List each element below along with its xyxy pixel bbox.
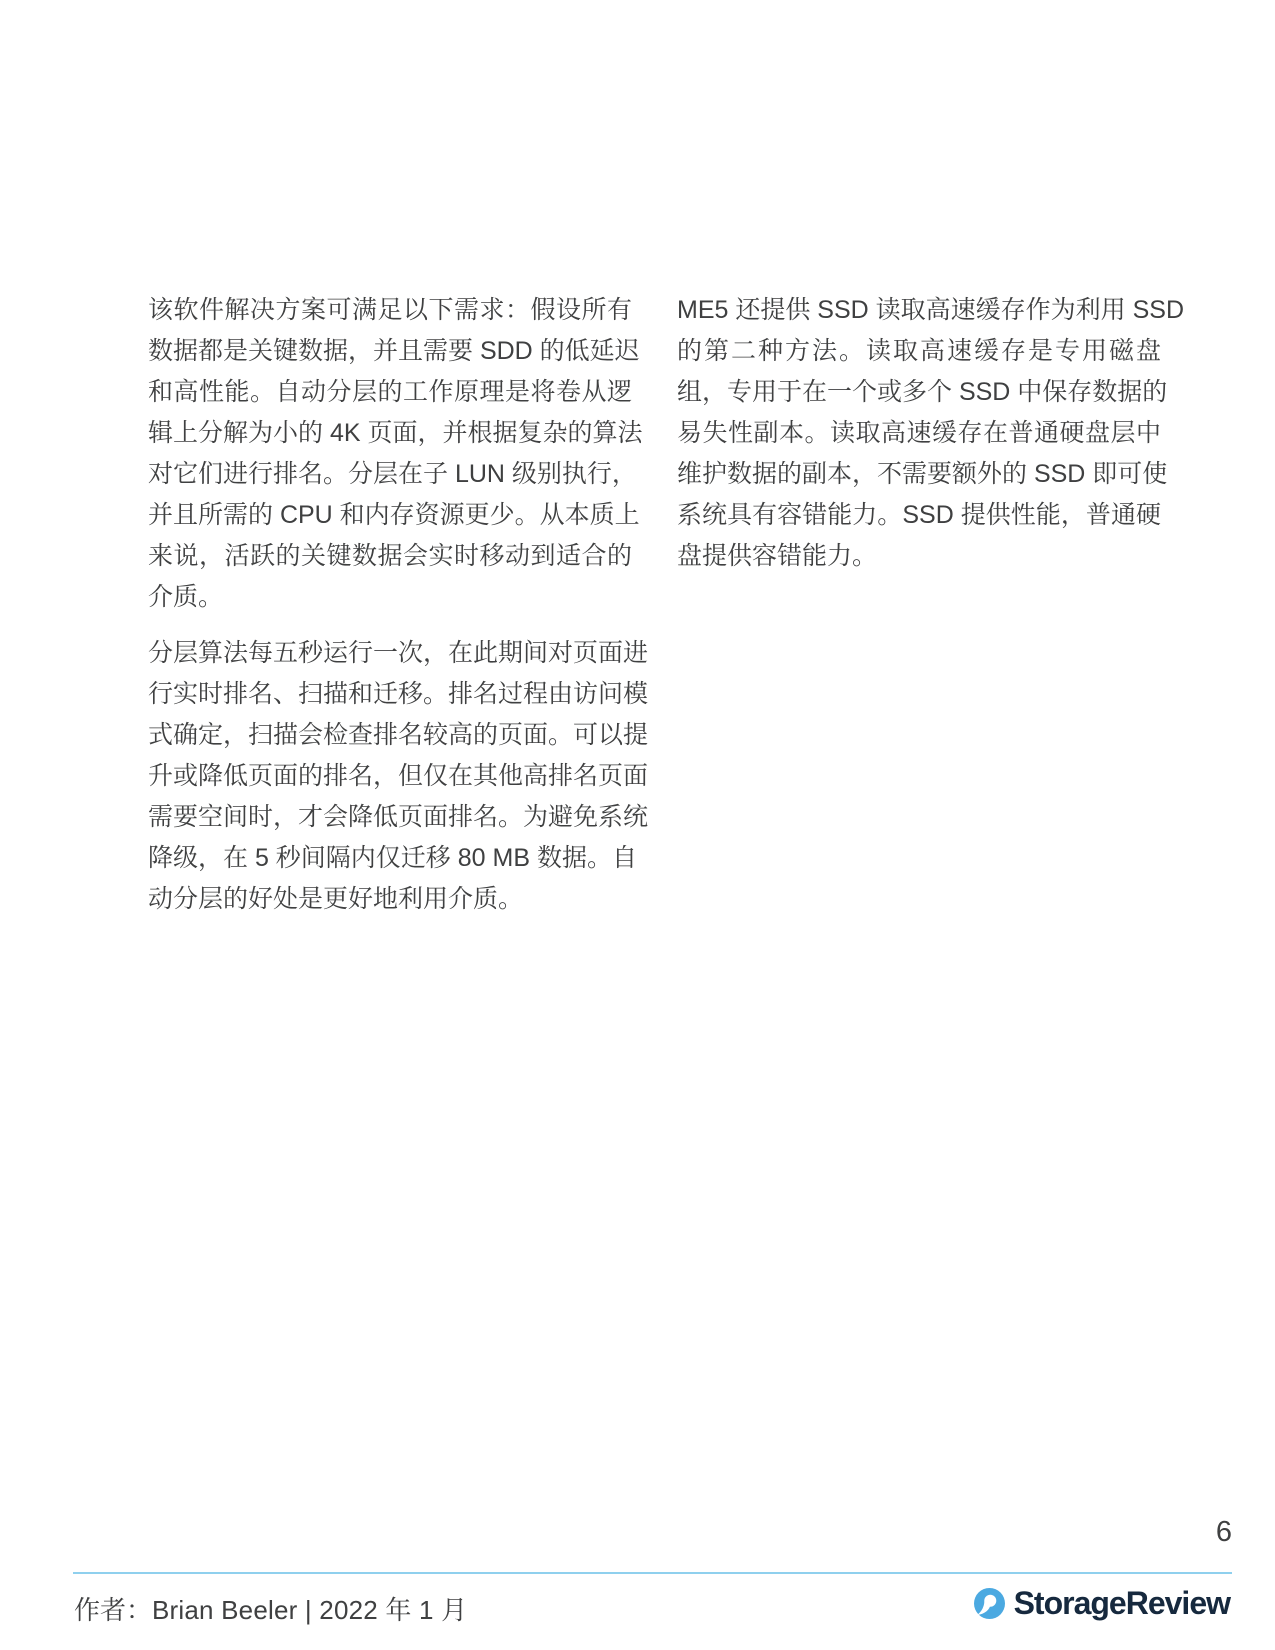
text-line: 并且所需的 CPU 和内存资源更少。从本质上 (148, 495, 632, 536)
paragraph-ssd-read-cache: ME5 还提供 SSD 读取高速缓存作为利用 SSD的第二种方法。读取高速缓存是… (677, 290, 1161, 577)
storagereview-logo-icon (974, 1588, 1005, 1619)
text-line: 维护数据的副本，不需要额外的 SSD 即可使 (677, 454, 1161, 495)
storagereview-logo: StorageReview (974, 1586, 1230, 1620)
text-line: 易失性副本。读取高速缓存在普通硬盘层中 (677, 413, 1161, 454)
text-line: ME5 还提供 SSD 读取高速缓存作为利用 SSD (677, 290, 1161, 331)
text-line: 组，专用于在一个或多个 SSD 中保存数据的 (677, 372, 1161, 413)
text-line: 数据都是关键数据，并且需要 SDD 的低延迟 (148, 331, 632, 372)
document-page: 该软件解决方案可满足以下需求：假设所有数据都是关键数据，并且需要 SDD 的低延… (0, 0, 1275, 1650)
storagereview-logo-text: StorageReview (1014, 1586, 1230, 1620)
author-name-date: Brian Beeler | 2022 年 1 月 (152, 1595, 467, 1625)
text-line: 盘提供容错能力。 (677, 536, 1161, 577)
page-number: 6 (1216, 1516, 1232, 1548)
text-line: 需要空间时，才会降低页面排名。为避免系统 (148, 797, 632, 838)
right-column: ME5 还提供 SSD 读取高速缓存作为利用 SSD的第二种方法。读取高速缓存是… (677, 290, 1161, 920)
text-line: 行实时排名、扫描和迁移。排名过程由访问模 (148, 674, 632, 715)
text-line: 动分层的好处是更好地利用介质。 (148, 879, 632, 920)
text-line: 和高性能。自动分层的工作原理是将卷从逻 (148, 372, 632, 413)
left-column: 该软件解决方案可满足以下需求：假设所有数据都是关键数据，并且需要 SDD 的低延… (148, 290, 632, 920)
text-line: 该软件解决方案可满足以下需求：假设所有 (148, 290, 632, 331)
author-label: 作者： (74, 1595, 152, 1625)
body-columns: 该软件解决方案可满足以下需求：假设所有数据都是关键数据，并且需要 SDD 的低延… (148, 290, 1161, 920)
text-line: 对它们进行排名。分层在子 LUN 级别执行， (148, 454, 632, 495)
text-line: 升或降低页面的排名，但仅在其他高排名页面 (148, 756, 632, 797)
text-line: 辑上分解为小的 4K 页面，并根据复杂的算法 (148, 413, 632, 454)
paragraph-tiering-algorithm: 分层算法每五秒运行一次，在此期间对页面进行实时排名、扫描和迁移。排名过程由访问模… (148, 633, 632, 920)
footer-author-line: 作者：Brian Beeler | 2022 年 1 月 (74, 1592, 467, 1628)
text-line: 降级，在 5 秒间隔内仅迁移 80 MB 数据。自 (148, 838, 632, 879)
paragraph-tiering-intro: 该软件解决方案可满足以下需求：假设所有数据都是关键数据，并且需要 SDD 的低延… (148, 290, 632, 618)
footer-divider (73, 1572, 1232, 1574)
text-line: 式确定，扫描会检查排名较高的页面。可以提 (148, 715, 632, 756)
text-line: 系统具有容错能力。SSD 提供性能，普通硬 (677, 495, 1161, 536)
text-line: 的第二种方法。读取高速缓存是专用磁盘 (677, 331, 1161, 372)
text-line: 分层算法每五秒运行一次，在此期间对页面进 (148, 633, 632, 674)
text-line: 介质。 (148, 577, 632, 618)
text-line: 来说，活跃的关键数据会实时移动到适合的 (148, 536, 632, 577)
